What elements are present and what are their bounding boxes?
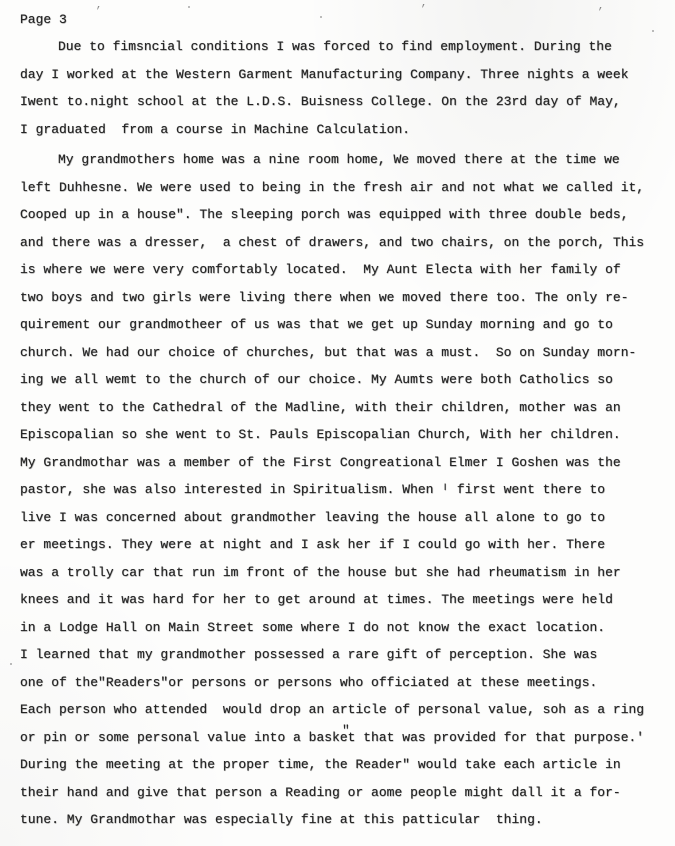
scan-speck: ’ [95, 7, 102, 17]
scan-speck [652, 30, 654, 32]
scan-speck [10, 663, 12, 665]
scan-speck [188, 6, 190, 8]
scan-speck: ’ [420, 5, 427, 15]
scan-speck [320, 16, 322, 18]
inserted-quote-mark: " [342, 724, 350, 737]
paragraph-grandmothers-home: My grandmothers home was a nine room hom… [20, 146, 660, 834]
scan-speck: ’ [597, 8, 604, 18]
typewritten-document-page: Page 3 Due to fimsncial conditions I was… [0, 0, 675, 846]
page-number-label: Page 3 [20, 9, 660, 31]
paragraph-employment: Due to fimsncial conditions I was forced… [20, 33, 660, 143]
